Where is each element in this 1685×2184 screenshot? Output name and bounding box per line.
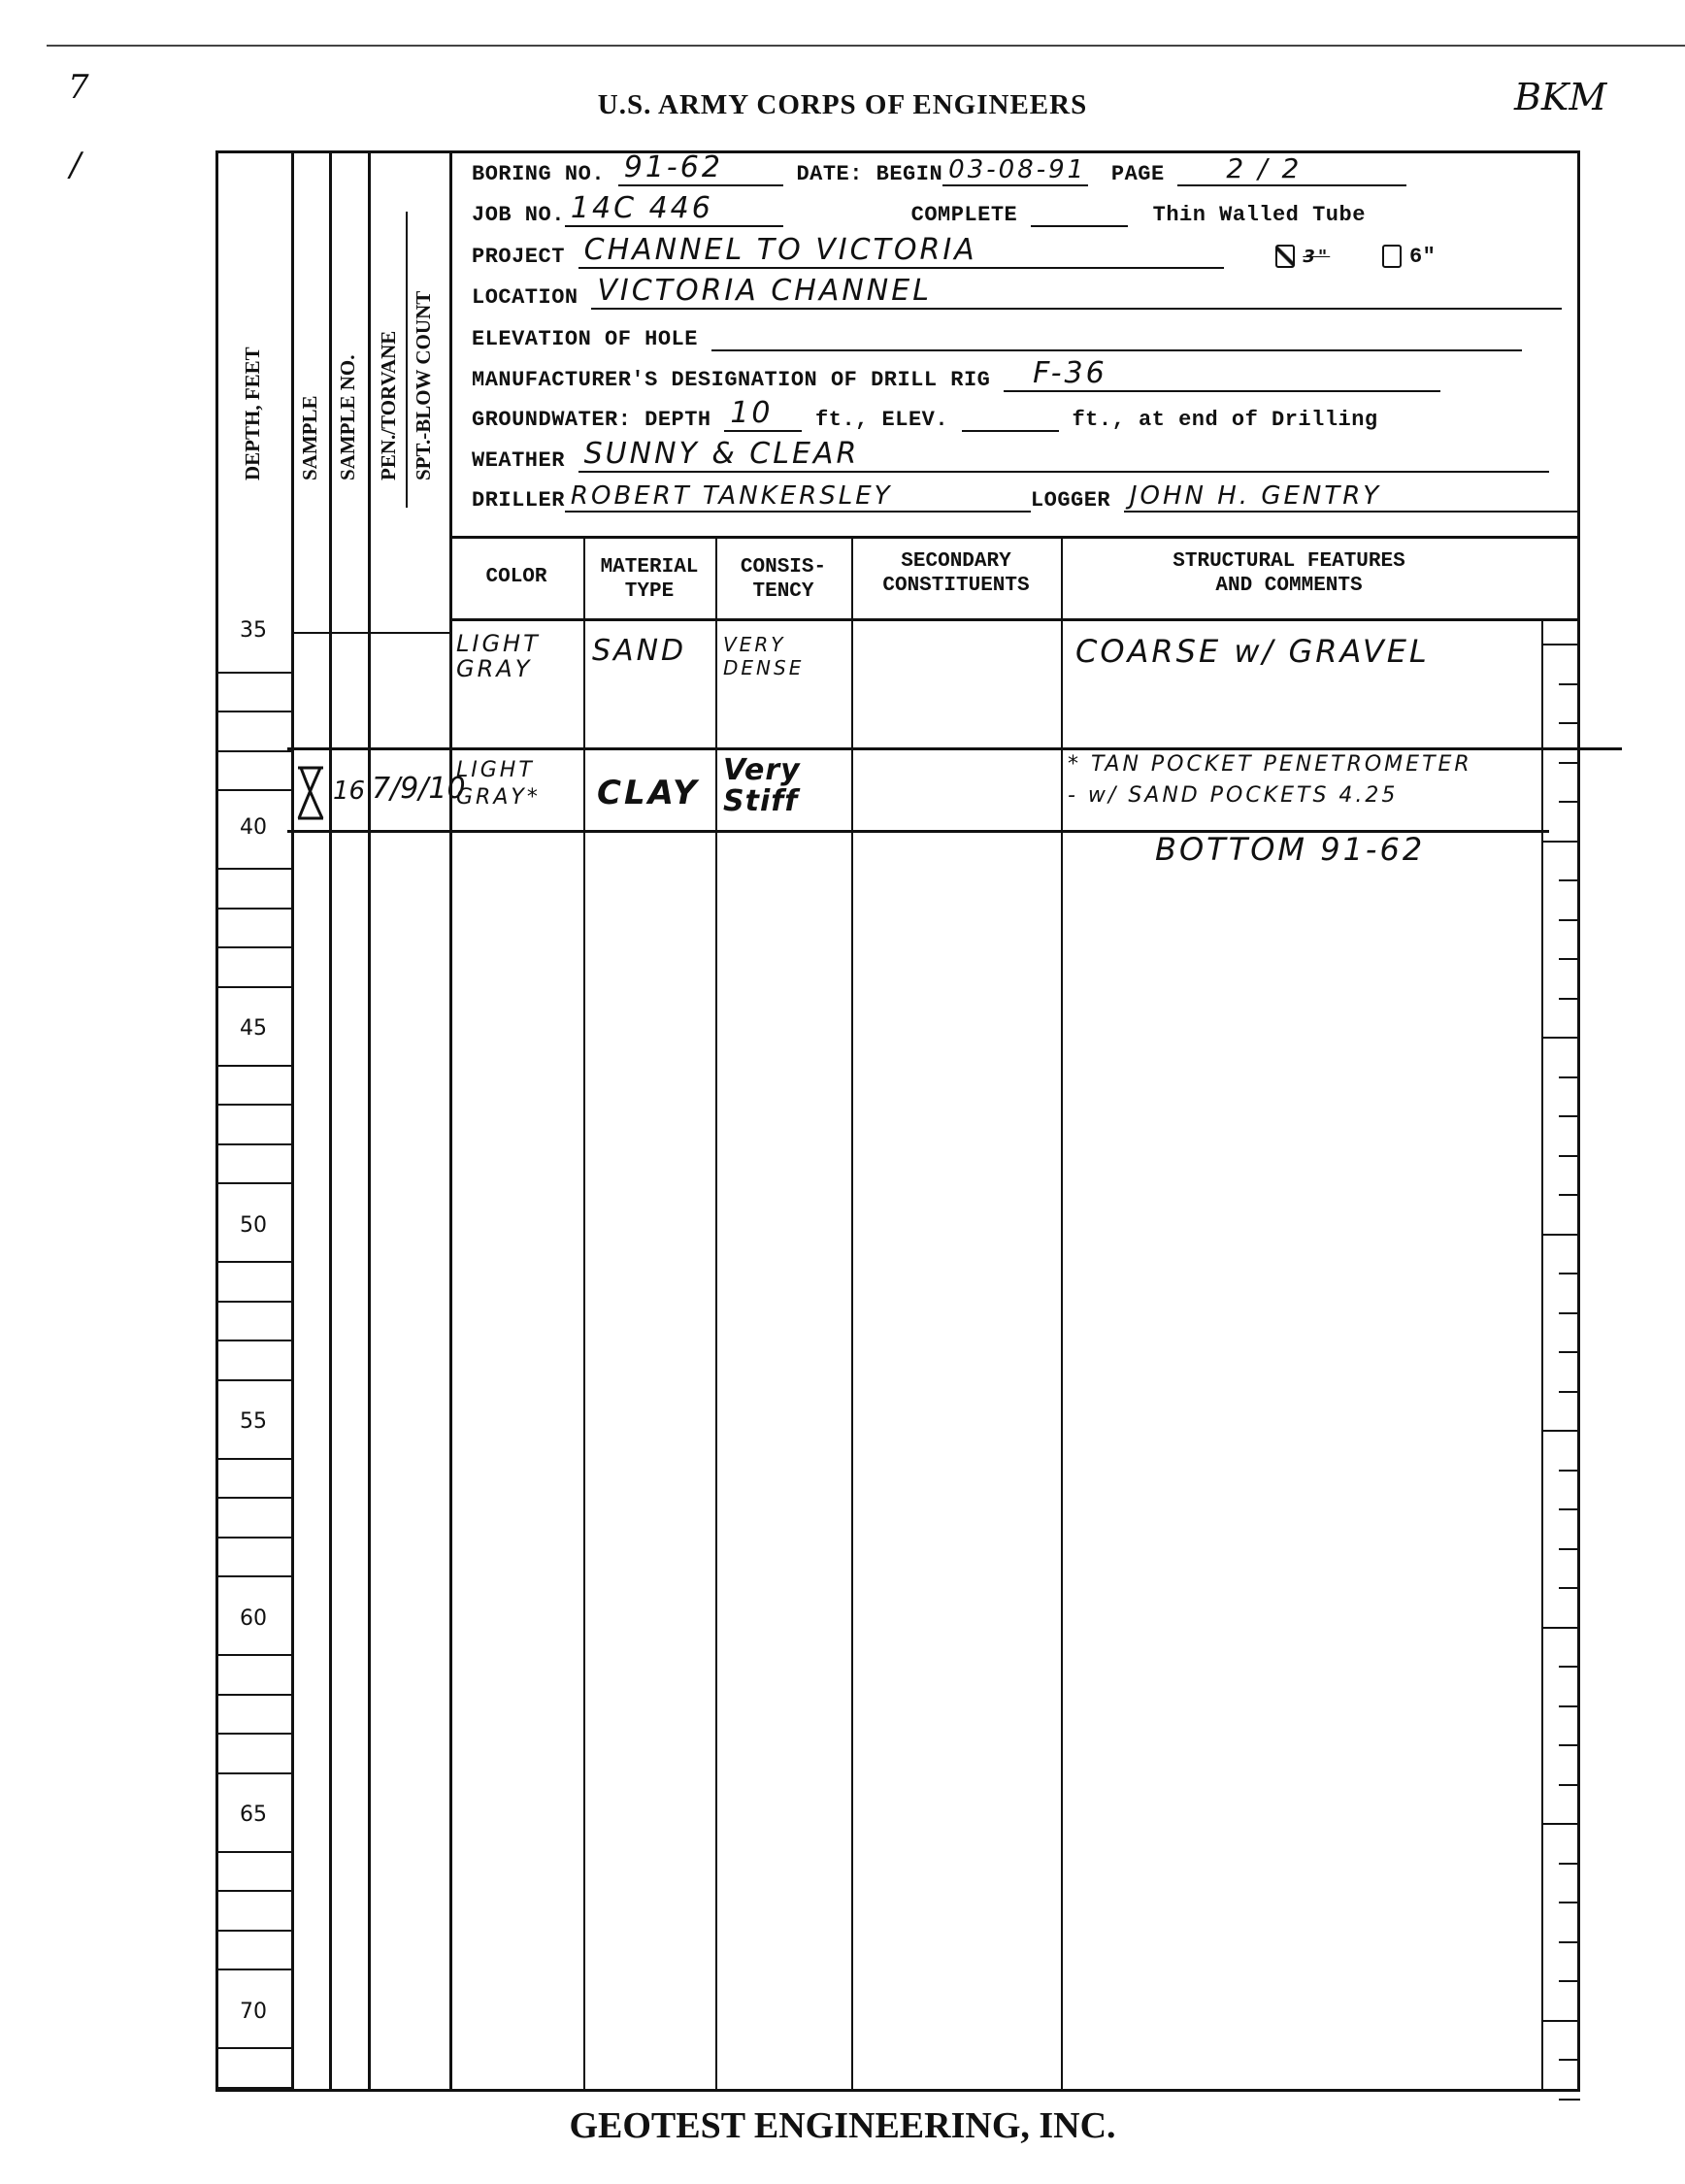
right-tick [1559,1902,1580,1903]
sample-no-column-label: SAMPLE NO. [336,354,360,480]
right-tick [1559,1941,1580,1943]
boring-no-label: BORING NO. [472,162,605,186]
sample-column-label: SAMPLE [298,395,322,480]
right-tick [1543,1823,1580,1825]
depth-tick [217,1143,291,1145]
depth-tick [217,1065,291,1067]
right-tick [1559,1273,1580,1274]
right-tick [1543,1430,1580,1432]
header-row-job: JOB NO.14C 446 COMPLETE Thin Walled Tube [472,200,1366,227]
depth-tick [217,1969,291,1970]
tube-6in-option[interactable]: 6" [1382,245,1436,269]
header-row-drill-rig: MANUFACTURER'S DESIGNATION OF DRILL RIG … [472,365,1440,392]
depth-tick [217,750,291,752]
weather-field[interactable]: SUNNY & CLEAR [578,446,1549,473]
depth-tick [217,2087,291,2089]
right-tick [1559,1115,1580,1117]
depth-label-45: 45 [215,1016,291,1041]
right-tick [1559,1548,1580,1550]
row1-material: SAND [592,637,686,666]
row2-consistency: VeryStiff [723,755,801,817]
right-tick [1559,683,1580,685]
header-row-groundwater: GROUNDWATER: DEPTH 10 ft., ELEV. ft., at… [472,405,1378,432]
depth-tick [217,672,291,674]
depth-tick [217,1261,291,1263]
location-field[interactable]: VICTORIA CHANNEL [591,282,1562,310]
depth-tick [217,908,291,910]
right-tick [1559,1744,1580,1746]
row2-comments: * TAN POCKET PENETROMETER- w/ SAND POCKE… [1068,749,1472,811]
row2-sample-no: 16 [333,777,365,806]
column-divider [449,150,452,2092]
column-divider [583,536,585,2092]
right-tick [1559,2099,1580,2101]
groundwater-elev-field[interactable] [962,405,1059,432]
right-tick [1543,1037,1580,1039]
depth-tick [217,789,291,791]
right-tick [1559,998,1580,1000]
depth-label-70: 70 [215,2000,291,2024]
col-header-material: MATERIALTYPE [583,555,715,604]
right-tick [1559,919,1580,921]
right-tick [1543,2020,1580,2022]
checkbox-6in-icon[interactable] [1382,245,1402,268]
drill-rig-field[interactable]: F-36 [1004,365,1440,392]
row1-comments: COARSE w/ GRAVEL [1075,637,1430,666]
right-tick [1559,1784,1580,1786]
location-label: LOCATION [472,285,578,310]
right-tick [1543,1234,1580,1236]
right-tick [1559,958,1580,960]
depth-tick [217,1733,291,1735]
depth-label-65: 65 [215,1803,291,1827]
depth-tick [217,1182,291,1184]
column-divider [291,150,294,2092]
row1-color: LIGHTGRAY [456,631,541,681]
right-tick [1559,1351,1580,1353]
column-divider [368,150,371,2092]
header-row-boring: BORING NO. 91-62 DATE: BEGIN03-08-91 PAG… [472,159,1406,186]
drill-rig-label: MANUFACTURER'S DESIGNATION OF DRILL RIG [472,368,990,392]
elevation-label: ELEVATION OF HOLE [472,327,698,351]
depth-tick [217,1930,291,1932]
column-divider [1061,536,1063,2092]
company-footer: GEOTEST ENGINEERING, INC. [0,2104,1685,2147]
right-tick [1559,1705,1580,1707]
header-divider [449,536,1580,539]
depth-tick [217,1379,291,1381]
col-header-structural: STRUCTURAL FEATURESAND COMMENTS [1061,549,1517,598]
right-tick [1559,1076,1580,1078]
weather-label: WEATHER [472,448,565,473]
header-row-elevation: ELEVATION OF HOLE [472,324,1522,351]
col-header-color: COLOR [449,565,583,589]
tube-3in-option[interactable]: 3" [1275,245,1330,269]
column-divider [1541,618,1543,2092]
depth-tick [217,1851,291,1853]
driller-label: DRILLER [472,488,565,513]
right-tick [1559,879,1580,881]
margin-mark: / [70,146,81,184]
spt-blow-count-label: SPT.-BLOW COUNT [412,291,436,480]
boring-no-field[interactable]: 91-62 [618,159,783,186]
logger-field[interactable]: JOHN H. GENTRY [1124,485,1580,513]
right-tick [1543,1627,1580,1629]
header-row-driller: DRILLERROBERT TANKERSLEYLOGGER JOHN H. G… [472,485,1580,513]
row2-color: LIGHTGRAY* [456,757,541,811]
scan-top-rule [47,45,1685,47]
page-title: U.S. ARMY CORPS OF ENGINEERS [0,89,1685,121]
right-tick [1559,1155,1580,1157]
column-header-bottom [449,618,1580,621]
depth-tick [217,1340,291,1341]
depth-tick [217,1575,291,1577]
depth-tick [217,946,291,948]
right-tick [1559,1470,1580,1472]
right-tick [1559,801,1580,803]
depth-label-60: 60 [215,1606,291,1631]
depth-tick [217,1458,291,1460]
right-tick [1559,1980,1580,1982]
right-tick [1559,1312,1580,1314]
right-tick [1559,1508,1580,1510]
ft-elev-label: ft., ELEV. [815,408,948,432]
depth-tick [217,1694,291,1696]
header-row-weather: WEATHER SUNNY & CLEAR [472,446,1549,473]
right-tick [1543,644,1580,645]
date-begin-label: DATE: BEGIN [796,162,942,186]
depth-label-55: 55 [215,1409,291,1434]
job-no-label: JOB NO. [472,203,565,227]
depth-label-40: 40 [215,815,291,840]
column-divider [329,150,332,2092]
row1-consistency: VERYDENSE [723,633,804,679]
right-tick [1559,1391,1580,1393]
elevation-field[interactable] [711,324,1522,351]
depth-tick [217,1104,291,1106]
right-tick [1559,2059,1580,2061]
job-no-field[interactable]: 14C 446 [565,200,783,227]
row-boundary [291,632,449,634]
column-divider [715,536,717,2092]
header-row-project: PROJECT CHANNEL TO VICTORIA 3" 6" [472,242,1436,269]
page-field[interactable]: 2 / 2 [1177,159,1406,186]
driller-field[interactable]: ROBERT TANKERSLEY [565,485,1031,513]
depth-tick [217,1497,291,1499]
column-divider [851,536,853,2092]
depth-tick [217,1654,291,1656]
depth-tick [217,711,291,712]
complete-field[interactable] [1031,200,1128,227]
page-label: PAGE [1111,162,1165,186]
right-tick [1543,841,1580,843]
checkbox-3in-checked-icon[interactable] [1275,245,1295,268]
sample-taken-icon [295,765,326,821]
thin-walled-tube-label: Thin Walled Tube [1153,203,1366,227]
logger-label: LOGGER [1031,488,1110,513]
col-header-secondary: SECONDARYCONSTITUENTS [851,549,1061,598]
end-of-drilling-label: ft., at end of Drilling [1072,408,1377,432]
right-tick [1559,1194,1580,1196]
row2-blow-count: 7/9/10 [372,775,466,804]
row2-material: CLAY [597,778,700,808]
depth-label-50: 50 [215,1213,291,1238]
bottom-of-boring-note: BOTTOM 91-62 [1155,835,1425,864]
right-tick [1559,722,1580,724]
right-tick [1559,1863,1580,1865]
fraction-bar [406,212,408,508]
depth-label-35: 35 [215,618,291,643]
project-label: PROJECT [472,245,565,269]
groundwater-label: GROUNDWATER: DEPTH [472,408,711,432]
right-tick [1559,762,1580,764]
right-tick [1559,1666,1580,1668]
depth-tick [217,1890,291,1892]
depth-tick [217,1772,291,1774]
depth-tick [217,1537,291,1539]
depth-tick [217,868,291,870]
date-begin-field[interactable]: 03-08-91 [942,159,1088,186]
project-field[interactable]: CHANNEL TO VICTORIA [578,242,1224,269]
pen-torvane-label: PEN./TORVANE [377,331,401,480]
complete-label: COMPLETE [911,203,1018,227]
header-row-location: LOCATION VICTORIA CHANNEL [472,282,1562,310]
depth-tick [217,1301,291,1303]
depth-column-label: DEPTH, FEET [241,347,265,480]
col-header-consistency: CONSIS-TENCY [715,555,851,604]
groundwater-depth-field[interactable]: 10 [724,405,802,432]
depth-tick [217,986,291,988]
right-tick [1559,1587,1580,1589]
depth-tick [217,2047,291,2049]
